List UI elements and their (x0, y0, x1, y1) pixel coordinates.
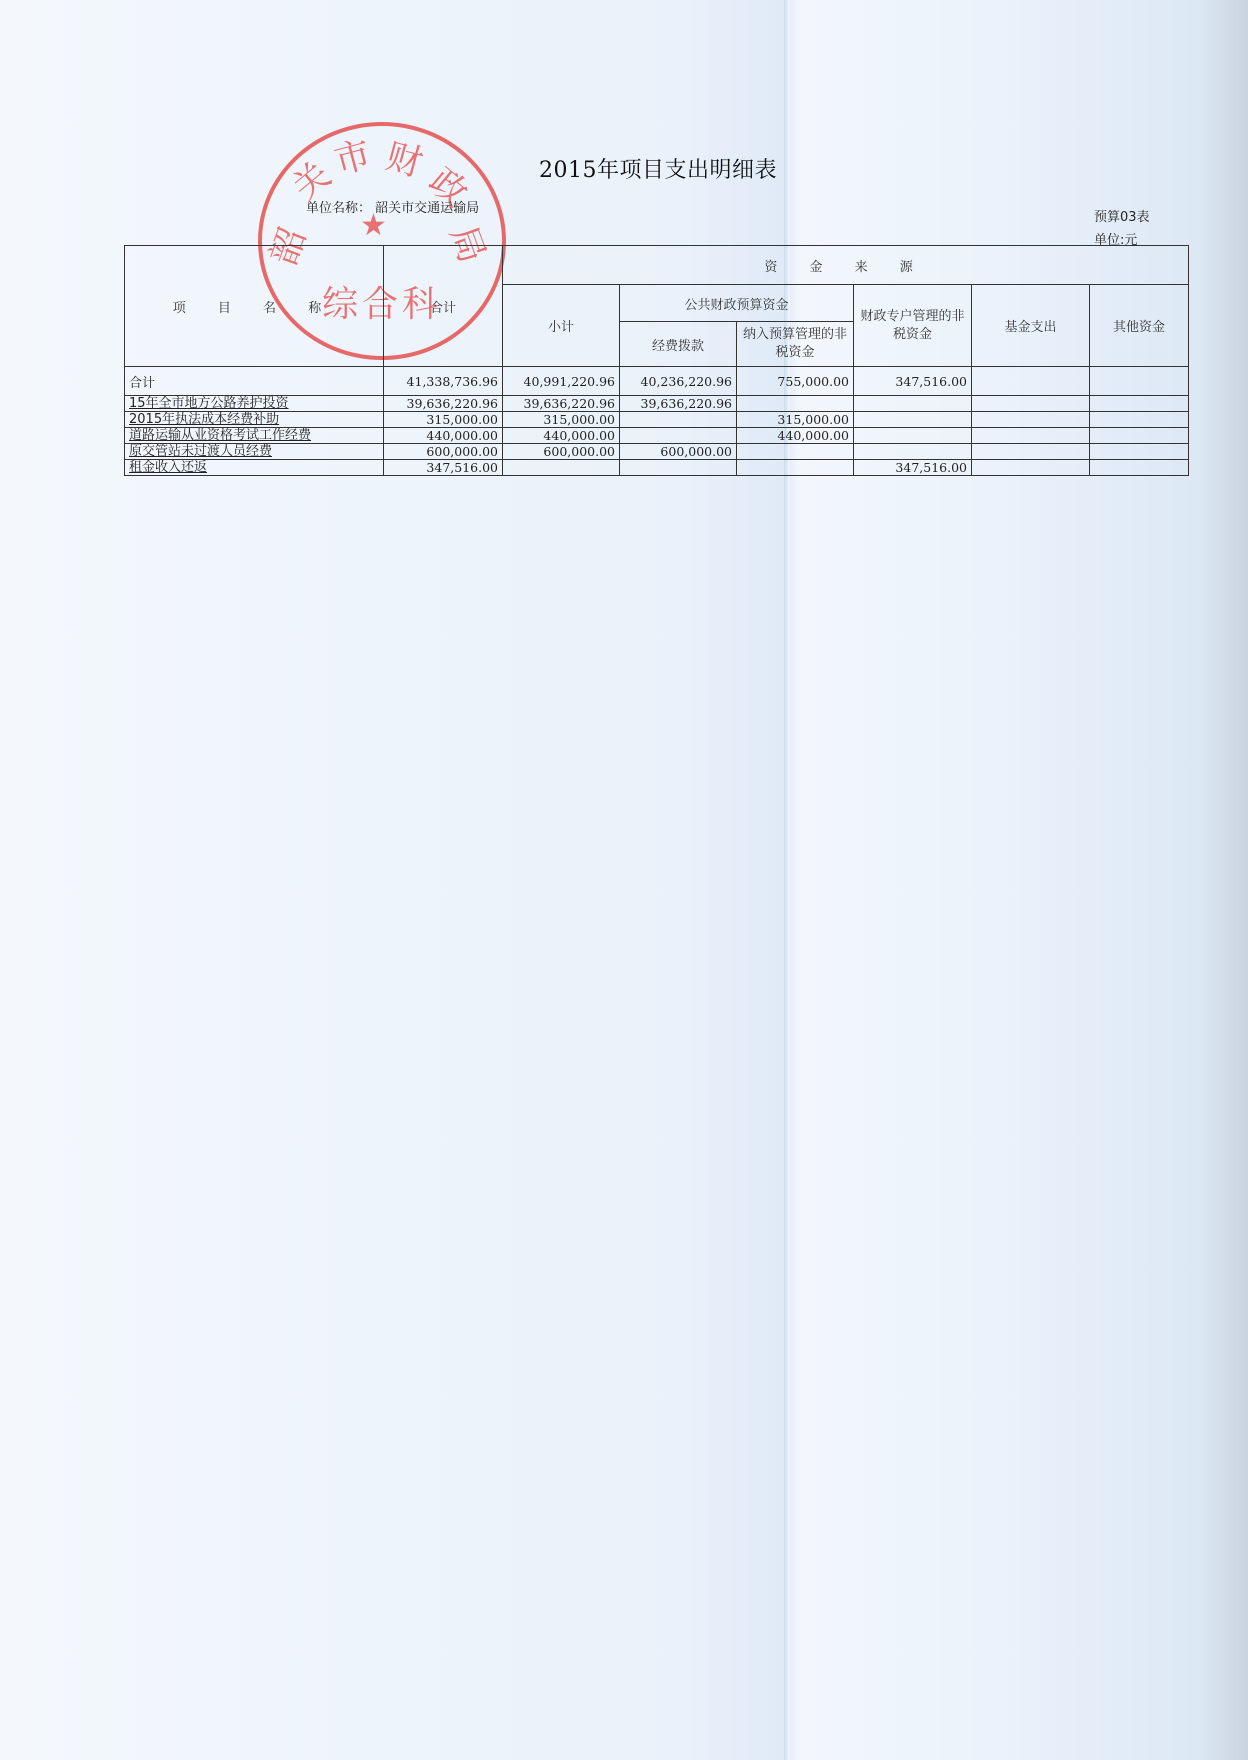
appropriation-cell (620, 412, 737, 428)
other-cell (1090, 444, 1189, 460)
appropriation-cell (620, 460, 737, 476)
unit-label: 单位名称： (306, 201, 371, 216)
project-name-cell: 道路运输从业资格考试工作经费 (125, 428, 384, 444)
appropriation-cell: 39,636,220.96 (620, 396, 737, 412)
project-name-cell: 租金收入还返 (125, 460, 384, 476)
fund-cell (972, 367, 1090, 396)
project-name-cell: 原交管站未过渡人员经费 (125, 444, 384, 460)
total-cell: 600,000.00 (384, 444, 503, 460)
fund-cell (972, 460, 1090, 476)
project-name-cell: 2015年执法成本经费补助 (125, 412, 384, 428)
budget-nontax-cell (737, 396, 854, 412)
header-other-funds: 其他资金 (1090, 285, 1189, 367)
special-nontax-cell (854, 396, 972, 412)
header-project-name: 项 目 名 称 (125, 246, 384, 367)
appropriation-cell (620, 428, 737, 444)
table-row: 2015年执法成本经费补助315,000.00315,000.00315,000… (125, 412, 1189, 428)
budget-nontax-cell: 755,000.00 (737, 367, 854, 396)
other-cell (1090, 460, 1189, 476)
fund-cell (972, 396, 1090, 412)
table-row: 租金收入还返347,516.00347,516.00 (125, 460, 1189, 476)
project-expenditure-table: 项 目 名 称 合计 资 金 来 源 小计 公共财政预算资金 财政专户管理的非税… (124, 245, 1189, 476)
special-nontax-cell (854, 412, 972, 428)
header-appropriation: 经费拨款 (620, 322, 737, 367)
header-budget-managed-nontax: 纳入预算管理的非税资金 (737, 322, 854, 367)
total-cell: 347,516.00 (384, 460, 503, 476)
appropriation-cell: 600,000.00 (620, 444, 737, 460)
document-title: 2015年项目支出明细表 (0, 153, 1248, 184)
total-cell: 315,000.00 (384, 412, 503, 428)
table-row: 15年全市地方公路养护投资39,636,220.9639,636,220.963… (125, 396, 1189, 412)
special-nontax-cell (854, 444, 972, 460)
subtotal-cell: 40,991,220.96 (503, 367, 620, 396)
subtotal-cell (503, 460, 620, 476)
other-cell (1090, 396, 1189, 412)
unit-name: 韶关市交通运输局 (375, 201, 479, 216)
special-nontax-cell (854, 428, 972, 444)
header-public-budget: 公共财政预算资金 (620, 285, 854, 322)
project-name-cell: 合计 (125, 367, 384, 396)
special-nontax-cell: 347,516.00 (854, 460, 972, 476)
appropriation-cell: 40,236,220.96 (620, 367, 737, 396)
special-nontax-cell: 347,516.00 (854, 367, 972, 396)
fund-cell (972, 412, 1090, 428)
header-fund-expenditure: 基金支出 (972, 285, 1090, 367)
total-cell: 41,338,736.96 (384, 367, 503, 396)
unit-name-line: 单位名称： 韶关市交通运输局 (306, 197, 479, 216)
budget-nontax-cell (737, 444, 854, 460)
budget-nontax-cell (737, 460, 854, 476)
fund-cell (972, 444, 1090, 460)
header-special-account-nontax: 财政专户管理的非税资金 (854, 285, 972, 367)
header-total: 合计 (384, 246, 503, 367)
subtotal-cell: 39,636,220.96 (503, 396, 620, 412)
other-cell (1090, 428, 1189, 444)
form-code: 预算03表 (1094, 206, 1150, 225)
table-row: 道路运输从业资格考试工作经费440,000.00440,000.00440,00… (125, 428, 1189, 444)
subtotal-cell: 440,000.00 (503, 428, 620, 444)
total-cell: 39,636,220.96 (384, 396, 503, 412)
project-name-cell: 15年全市地方公路养护投资 (125, 396, 384, 412)
other-cell (1090, 412, 1189, 428)
total-row: 合计41,338,736.9640,991,220.9640,236,220.9… (125, 367, 1189, 396)
other-cell (1090, 367, 1189, 396)
fund-cell (972, 428, 1090, 444)
table-row: 原交管站未过渡人员经费600,000.00600,000.00600,000.0… (125, 444, 1189, 460)
total-cell: 440,000.00 (384, 428, 503, 444)
budget-nontax-cell: 315,000.00 (737, 412, 854, 428)
subtotal-cell: 600,000.00 (503, 444, 620, 460)
budget-nontax-cell: 440,000.00 (737, 428, 854, 444)
header-funding-source: 资 金 来 源 (503, 246, 1189, 285)
header-subtotal: 小计 (503, 285, 620, 367)
subtotal-cell: 315,000.00 (503, 412, 620, 428)
